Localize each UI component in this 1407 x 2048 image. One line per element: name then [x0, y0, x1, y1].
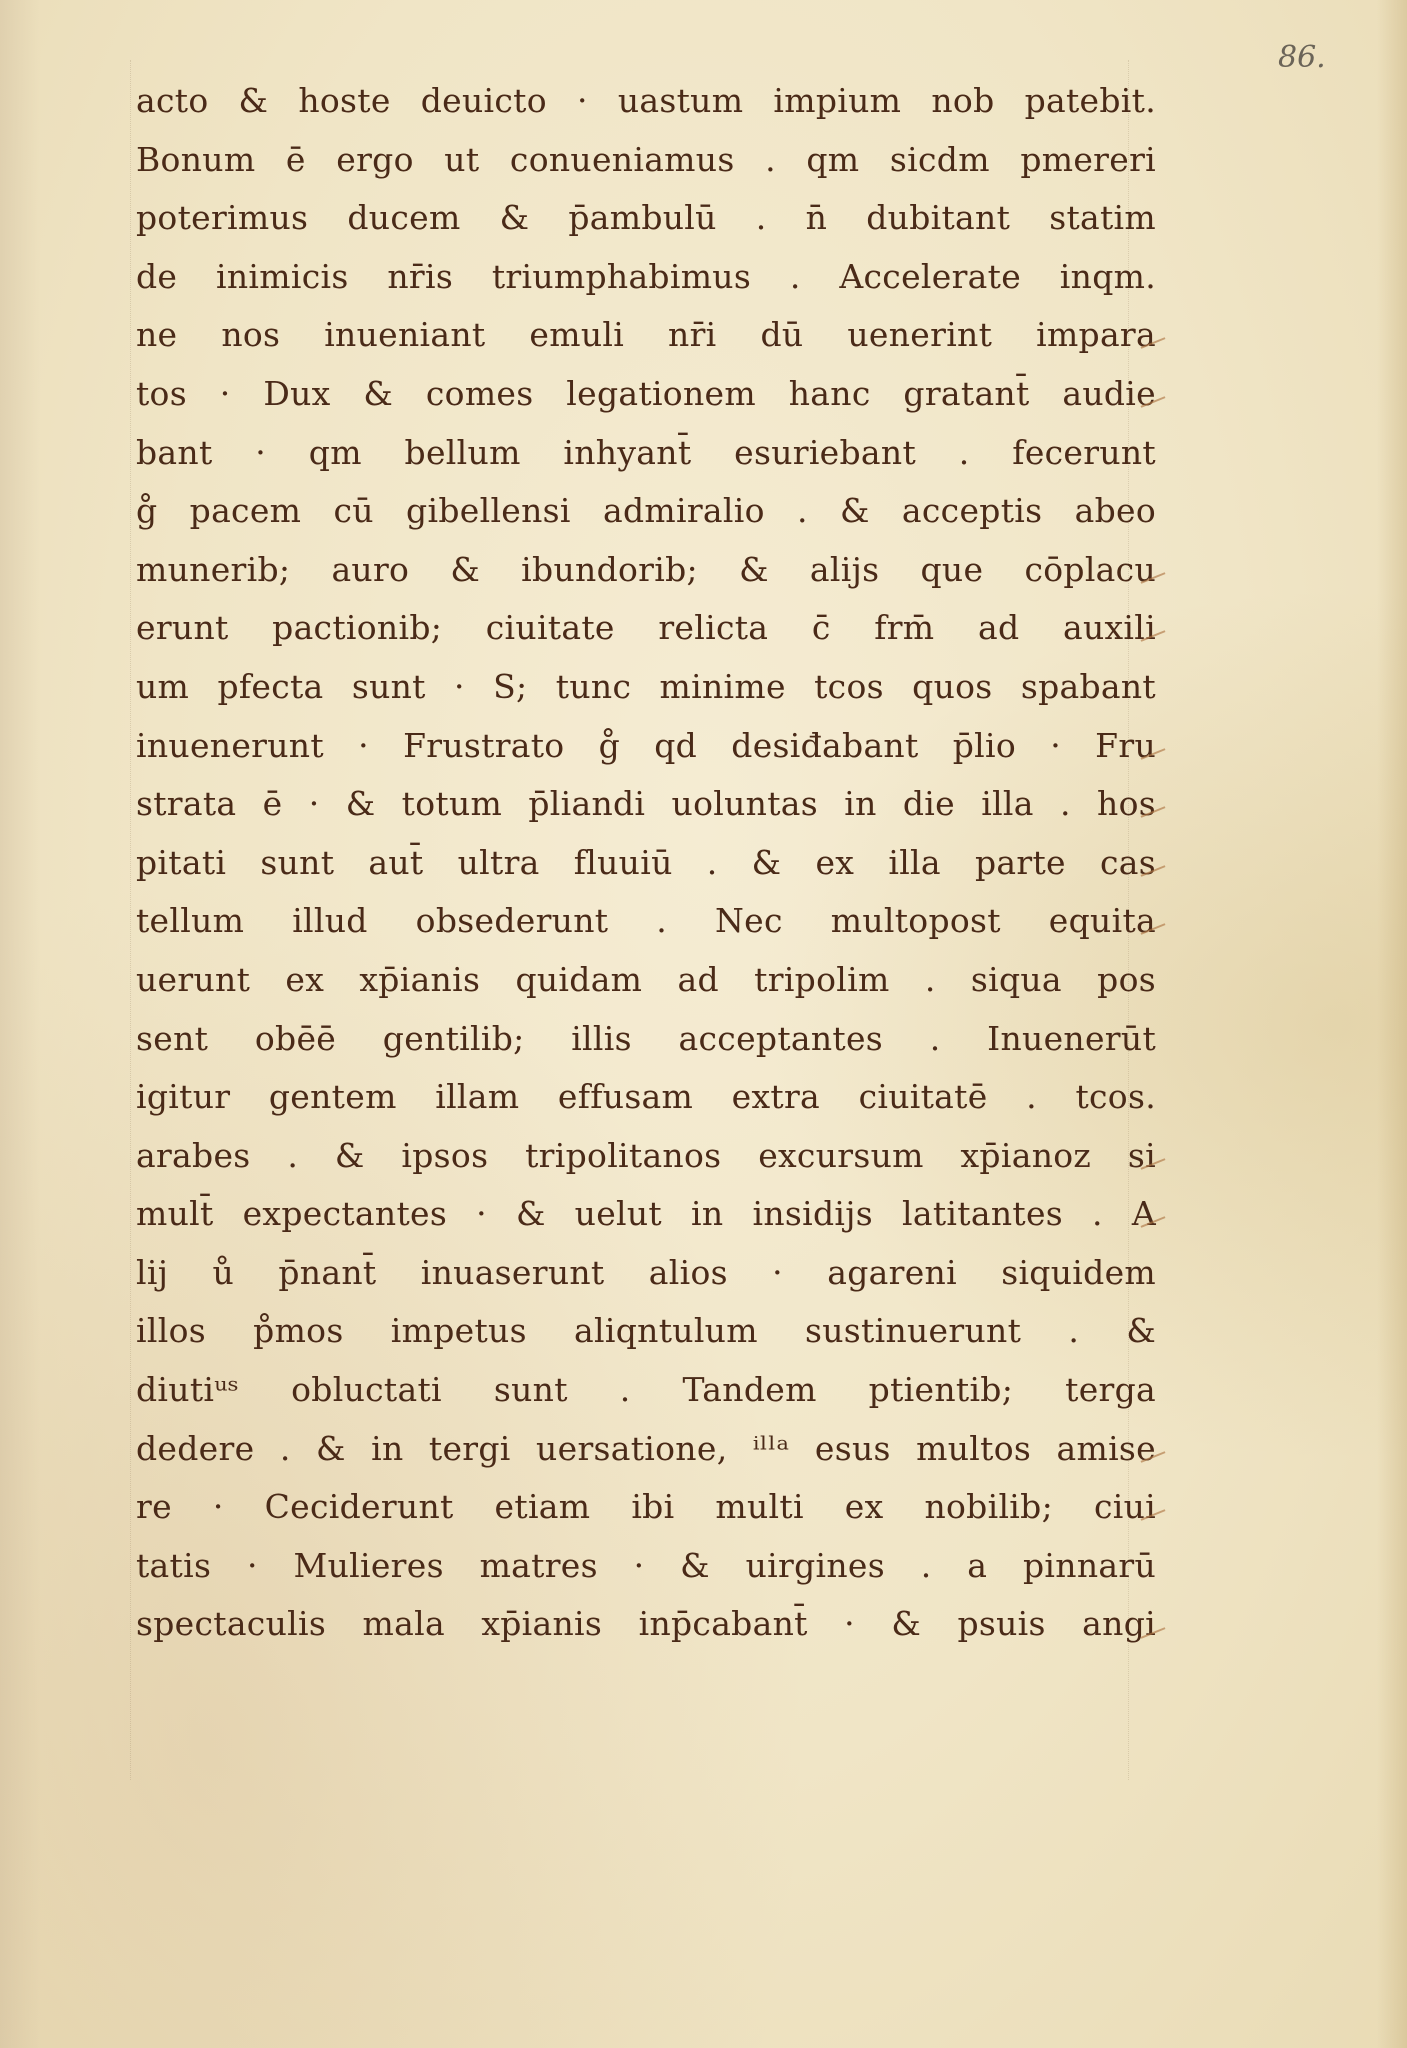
text-line: re · Ceciderunt etiam ibi multi ex nobil…	[136, 1478, 1156, 1537]
text-line: igitur gentem illam effusam extra ciuita…	[136, 1068, 1156, 1127]
text-line: bant · qm bellum inhyant̄ esuriebant . f…	[136, 424, 1156, 483]
ruling-line-left	[130, 60, 131, 1780]
text-line: erunt pactionib; ciuitate relicta c̄ frm…	[136, 599, 1156, 658]
manuscript-page: 86. acto & hoste deuicto · uastum impium…	[0, 0, 1407, 2048]
text-line: illos p̊mos impetus aliqntulum sustinuer…	[136, 1302, 1156, 1361]
text-line: um pfecta sunt · S; tunc minime tcos quo…	[136, 658, 1156, 717]
text-line: ne nos inueniant emuli nr̄i dū uenerint …	[136, 306, 1156, 365]
text-line: mult̄ expectantes · & uelut in insidijs …	[136, 1185, 1156, 1244]
text-line: arabes . & ipsos tripolitanos excursum x…	[136, 1127, 1156, 1186]
text-line: sent obēē gentilib; illis acceptantes . …	[136, 1010, 1156, 1069]
text-line: tellum illud obsederunt . Nec multopost …	[136, 892, 1156, 951]
text-line: g̊ pacem cū gibellensi admiralio . & acc…	[136, 482, 1156, 541]
text-line: pitati sunt aut̄ ultra fluuiū . & ex ill…	[136, 834, 1156, 893]
text-line: strata ē · & totum p̄liandi uoluntas in …	[136, 775, 1156, 834]
text-line: acto & hoste deuicto · uastum impium nob…	[136, 72, 1156, 131]
folio-number: 86.	[1278, 40, 1326, 75]
text-line: diutiᵘˢ obluctati sunt . Tandem ptientib…	[136, 1361, 1156, 1420]
text-line: Bonum ē ergo ut conueniamus . qm sicdm p…	[136, 131, 1156, 190]
text-block: acto & hoste deuicto · uastum impium nob…	[136, 72, 1156, 1654]
text-line: tatis · Mulieres matres · & uirgines . a…	[136, 1537, 1156, 1596]
text-line: de inimicis nr̄is triumphabimus . Accele…	[136, 248, 1156, 307]
text-line: inuenerunt · Frustrato g̊ qd desiđabant …	[136, 717, 1156, 776]
text-line: lij ů p̄nant̄ inuaserunt alios · agareni…	[136, 1244, 1156, 1303]
text-line: tos · Dux & comes legationem hanc gratan…	[136, 365, 1156, 424]
parchment-left-edge	[0, 0, 40, 2048]
text-line: poterimus ducem & p̄ambulū . n̄ dubitant…	[136, 189, 1156, 248]
text-line: munerib; auro & ibundorib; & alijs que c…	[136, 541, 1156, 600]
text-line: dedere . & in tergi uersatione, ⁱˡˡᵃ esu…	[136, 1420, 1156, 1479]
parchment-right-edge	[1377, 0, 1407, 2048]
text-line: uerunt ex xp̄ianis quidam ad tripolim . …	[136, 951, 1156, 1010]
text-line: spectaculis mala xp̄ianis inp̄cabant̄ · …	[136, 1595, 1156, 1654]
